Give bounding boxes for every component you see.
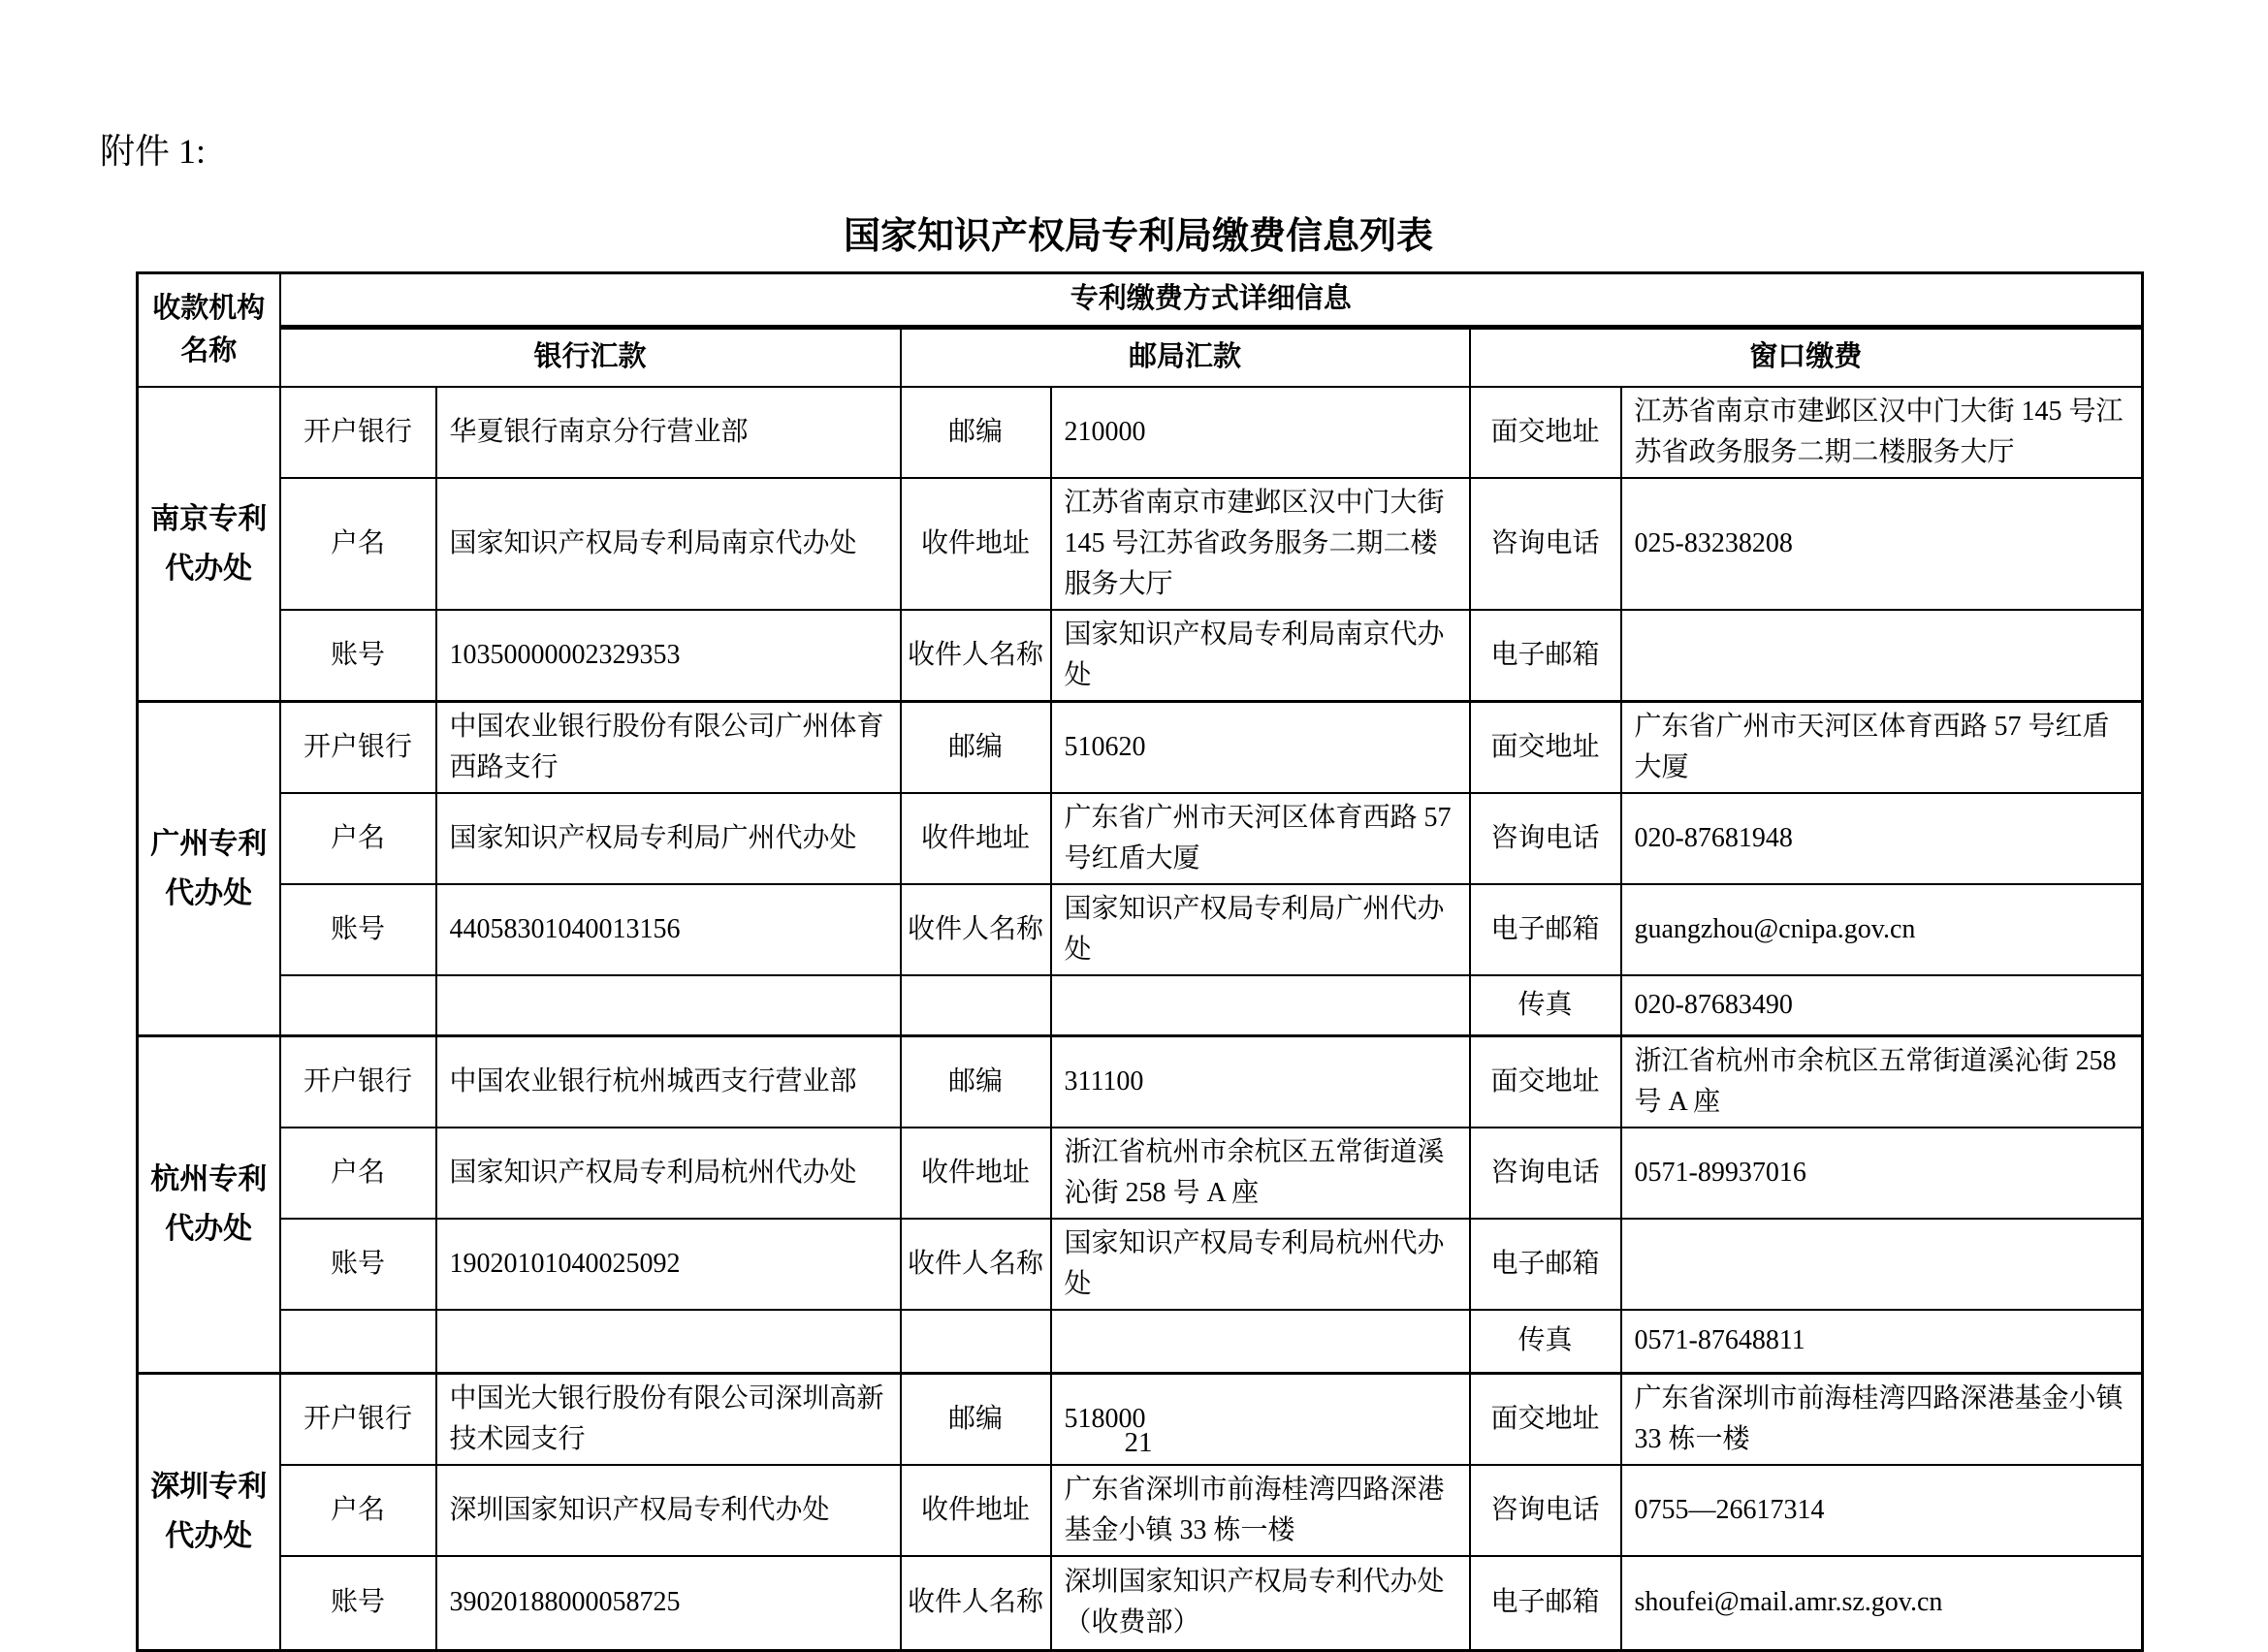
bank-field-value: 44058301040013156 [436,884,901,975]
post-field-label [901,975,1051,1035]
bank-field-value: 深圳国家知识产权局专利代办处 [436,1465,901,1556]
table-row: 传真 0571-87648811 [138,1310,2143,1374]
table-row: 户名 国家知识产权局专利局广州代办处 收件地址 广东省广州市天河区体育西路 57… [138,793,2143,884]
bank-field-label: 账号 [280,1219,436,1310]
table-row: 南京专利 代办处 开户银行 华夏银行南京分行营业部 邮编 210000 面交地址… [138,387,2143,478]
post-field-label [901,1310,1051,1374]
org-name-header: 收款机构 名称 [138,273,280,388]
attachment-label: 附件 1: [100,124,206,174]
table-row: 传真 020-87683490 [138,975,2143,1035]
post-field-label: 邮编 [901,1035,1051,1128]
bank-field-value: 华夏银行南京分行营业部 [436,387,901,478]
table-row: 户名 国家知识产权局专利局南京代办处 收件地址 江苏省南京市建邺区汉中门大街 1… [138,478,2143,610]
table-header-row: 收款机构 名称 专利缴费方式详细信息 [138,273,2143,328]
document-page: 附件 1: 国家知识产权局专利局缴费信息列表 收款机构 名称 专利缴费方式详细信… [0,0,2268,1604]
bank-field-value: 国家知识产权局专利局杭州代办处 [436,1128,901,1219]
bank-field-value [436,1310,901,1374]
post-field-label: 收件人名称 [901,1219,1051,1310]
window-field-value: 0571-87648811 [1621,1310,2143,1374]
post-field-value: 510620 [1051,702,1470,794]
post-field-value: 国家知识产权局专利局杭州代办处 [1051,1219,1470,1310]
table-row: 户名 深圳国家知识产权局专利代办处 收件地址 广东省深圳市前海桂湾四路深港基金小… [138,1465,2143,1556]
post-field-value: 广东省广州市天河区体育西路 57 号红盾大厦 [1051,793,1470,884]
window-field-value: 020-87683490 [1621,975,2143,1035]
post-field-value: 浙江省杭州市余杭区五常街道溪沁街 258 号 A 座 [1051,1128,1470,1219]
window-field-value: 0571-89937016 [1621,1128,2143,1219]
page-number: 21 [136,1427,2141,1459]
post-field-label: 收件地址 [901,1465,1051,1556]
table-subheader-row: 银行汇款 邮局汇款 窗口缴费 [138,327,2143,387]
post-field-label: 收件人名称 [901,1556,1051,1650]
bank-field-value: 国家知识产权局专利局南京代办处 [436,478,901,610]
window-field-label: 咨询电话 [1470,1465,1621,1556]
window-field-value: 广东省广州市天河区体育西路 57 号红盾大厦 [1621,702,2143,794]
table-row: 账号 44058301040013156 收件人名称 国家知识产权局专利局广州代… [138,884,2143,975]
table-row: 账号 10350000002329353 收件人名称 国家知识产权局专利局南京代… [138,610,2143,702]
window-field-value: 020-87681948 [1621,793,2143,884]
post-field-value: 江苏省南京市建邺区汉中门大街 145 号江苏省政务服务二期二楼服务大厅 [1051,478,1470,610]
window-field-label: 电子邮箱 [1470,884,1621,975]
bank-field-value: 中国农业银行杭州城西支行营业部 [436,1035,901,1128]
bank-field-label: 开户银行 [280,1035,436,1128]
window-field-value: guangzhou@cnipa.gov.cn [1621,884,2143,975]
bank-field-label: 户名 [280,1465,436,1556]
bank-field-value: 中国农业银行股份有限公司广州体育西路支行 [436,702,901,794]
bank-field-value: 国家知识产权局专利局广州代办处 [436,793,901,884]
window-field-label: 传真 [1470,1310,1621,1374]
window-field-label: 咨询电话 [1470,793,1621,884]
bank-field-label: 开户银行 [280,387,436,478]
bank-header: 银行汇款 [280,327,901,387]
bank-field-value: 19020101040025092 [436,1219,901,1310]
window-field-value: shoufei@mail.amr.sz.gov.cn [1621,1556,2143,1650]
post-field-value: 311100 [1051,1035,1470,1128]
window-field-value [1621,1219,2143,1310]
window-field-label: 面交地址 [1470,1035,1621,1128]
post-field-label: 邮编 [901,702,1051,794]
post-field-value [1051,975,1470,1035]
page-title: 国家知识产权局专利局缴费信息列表 [136,206,2141,259]
detail-header: 专利缴费方式详细信息 [280,273,2143,328]
window-field-label: 面交地址 [1470,387,1621,478]
bank-field-label: 账号 [280,610,436,702]
table-row: 户名 国家知识产权局专利局杭州代办处 收件地址 浙江省杭州市余杭区五常街道溪沁街… [138,1128,2143,1219]
bank-field-label: 户名 [280,1128,436,1219]
table-row: 杭州专利 代办处 开户银行 中国农业银行杭州城西支行营业部 邮编 311100 … [138,1035,2143,1128]
post-field-label: 收件人名称 [901,610,1051,702]
bank-field-value [436,975,901,1035]
window-field-value: 0755—26617314 [1621,1465,2143,1556]
bank-field-label [280,975,436,1035]
office-name-cell: 杭州专利 代办处 [138,1035,280,1374]
office-name-cell: 广州专利 代办处 [138,702,280,1036]
window-field-label: 电子邮箱 [1470,610,1621,702]
window-field-label: 咨询电话 [1470,478,1621,610]
post-field-label: 收件地址 [901,478,1051,610]
post-field-label: 收件地址 [901,793,1051,884]
bank-field-label: 户名 [280,478,436,610]
window-field-label: 咨询电话 [1470,1128,1621,1219]
office-name-cell: 深圳专利 代办处 [138,1374,280,1651]
window-field-label: 电子邮箱 [1470,1556,1621,1650]
post-field-label: 收件人名称 [901,884,1051,975]
window-field-value: 浙江省杭州市余杭区五常街道溪沁街 258 号 A 座 [1621,1035,2143,1128]
post-field-label: 邮编 [901,387,1051,478]
bank-field-value: 39020188000058725 [436,1556,901,1650]
window-field-value: 025-83238208 [1621,478,2143,610]
post-field-label: 收件地址 [901,1128,1051,1219]
bank-field-label: 户名 [280,793,436,884]
table-row: 广州专利 代办处 开户银行 中国农业银行股份有限公司广州体育西路支行 邮编 51… [138,702,2143,794]
bank-field-label: 账号 [280,884,436,975]
post-field-value [1051,1310,1470,1374]
table-row: 账号 19020101040025092 收件人名称 国家知识产权局专利局杭州代… [138,1219,2143,1310]
window-field-value: 江苏省南京市建邺区汉中门大街 145 号江苏省政务服务二期二楼服务大厅 [1621,387,2143,478]
post-header: 邮局汇款 [901,327,1470,387]
bank-field-label: 开户银行 [280,702,436,794]
bank-field-value: 10350000002329353 [436,610,901,702]
window-header: 窗口缴费 [1470,327,2143,387]
bank-field-label: 账号 [280,1556,436,1650]
window-field-label: 面交地址 [1470,702,1621,794]
post-field-value: 国家知识产权局专利局广州代办处 [1051,884,1470,975]
table-row: 账号 39020188000058725 收件人名称 深圳国家知识产权局专利代办… [138,1556,2143,1650]
post-field-value: 深圳国家知识产权局专利代办处（收费部） [1051,1556,1470,1650]
office-name-cell: 南京专利 代办处 [138,387,280,702]
window-field-label: 传真 [1470,975,1621,1035]
post-field-value: 210000 [1051,387,1470,478]
post-field-value: 国家知识产权局专利局南京代办处 [1051,610,1470,702]
bank-field-label [280,1310,436,1374]
post-field-value: 广东省深圳市前海桂湾四路深港基金小镇 33 栋一楼 [1051,1465,1470,1556]
window-field-value [1621,610,2143,702]
window-field-label: 电子邮箱 [1470,1219,1621,1310]
